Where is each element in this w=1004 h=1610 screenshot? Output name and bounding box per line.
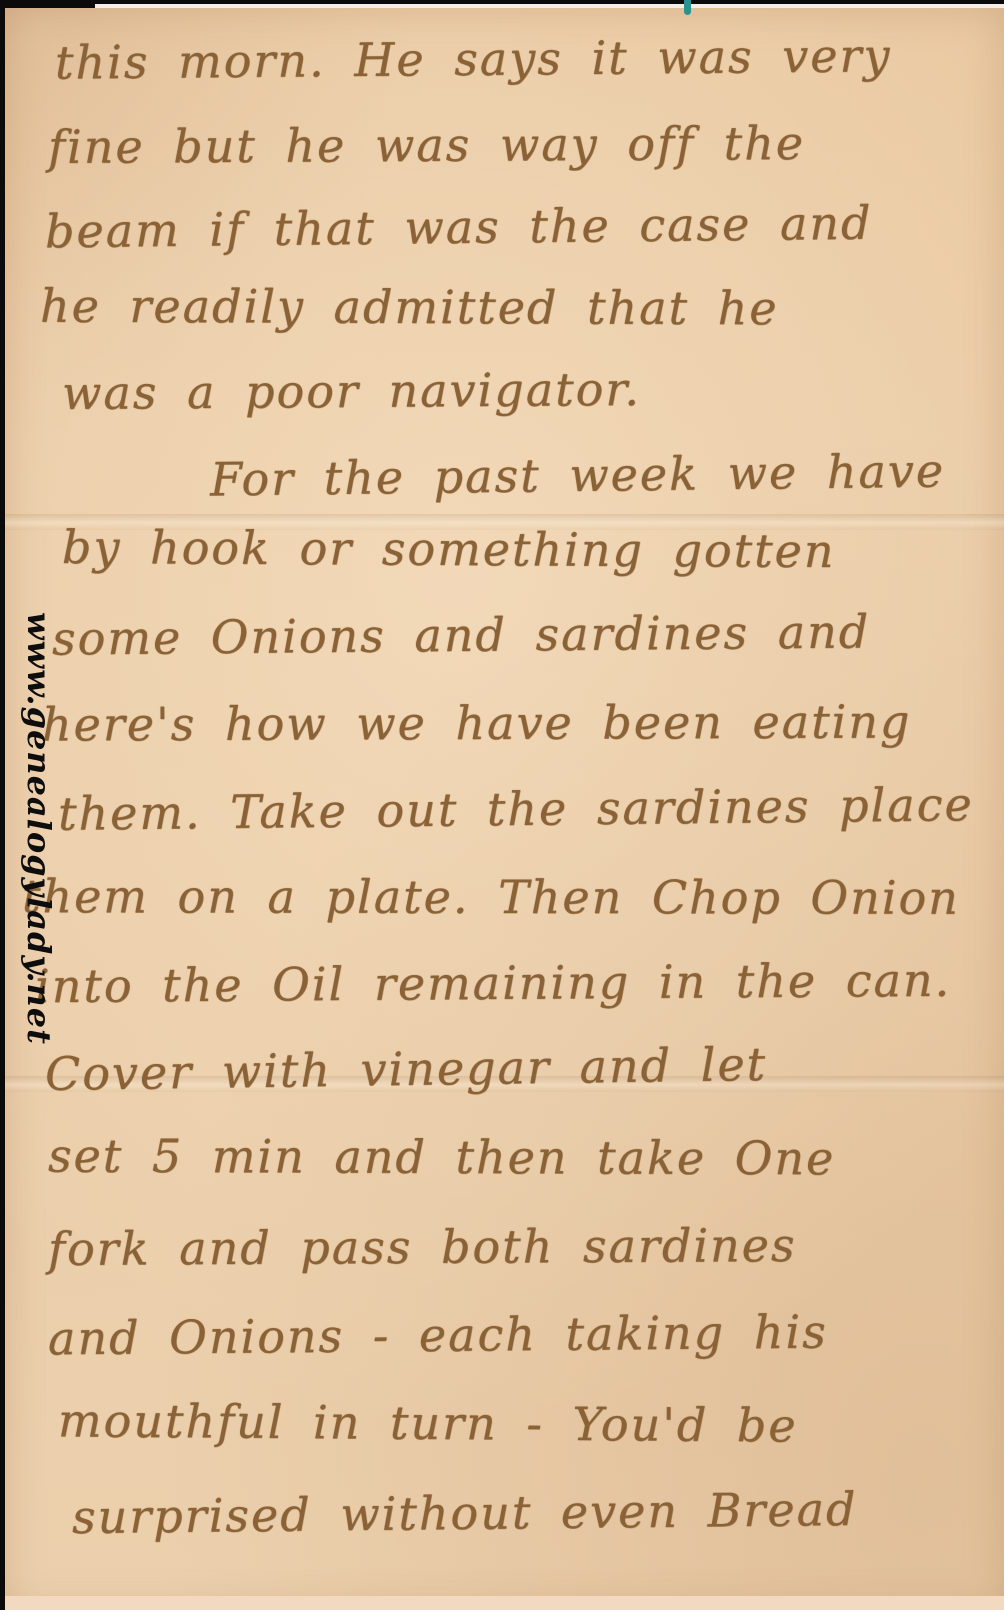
handwritten-line: them on a plate. Then Chop Onion <box>22 871 960 923</box>
handwritten-line: fine but he was way off the <box>48 118 805 173</box>
scanned-letter-screenshot: { "letter": { "lines": [ "this morn. He … <box>0 0 1004 1610</box>
handwritten-line: surprised without even Bread <box>72 1484 858 1543</box>
handwritten-line: into the Oil remaining in the can. <box>35 955 952 1012</box>
handwritten-line: here's how we have been eating <box>42 696 912 750</box>
handwritten-line: fork and pass both sardines <box>48 1220 797 1275</box>
handwritten-line: For the past week we have <box>210 446 946 506</box>
handwritten-line: this morn. He says it was very <box>55 30 892 88</box>
handwritten-line: some Onions and sardines and <box>52 606 871 664</box>
handwritten-line: he readily admitted that he <box>40 281 779 334</box>
handwritten-line: was a poor navigator. <box>62 364 641 419</box>
handwritten-line: set 5 min and then take One <box>48 1131 835 1184</box>
handwritten-line: by hook or something gotten <box>62 522 836 577</box>
page-bottom-edge <box>5 1596 1004 1610</box>
handwritten-line: beam if that was the case and <box>45 198 873 257</box>
letter-page: this morn. He says it was very fine but … <box>5 8 1004 1610</box>
watermark: www.genealogylady.net <box>20 612 58 1045</box>
handwritten-line: Cover with vinegar and let <box>45 1039 768 1100</box>
handwritten-line: them. Take out the sardines place <box>58 779 974 839</box>
handwritten-line: mouthful in turn - You'd be <box>58 1395 798 1451</box>
scan-artifact-mark <box>684 0 691 15</box>
handwritten-line: and Onions - each taking his <box>48 1307 828 1364</box>
